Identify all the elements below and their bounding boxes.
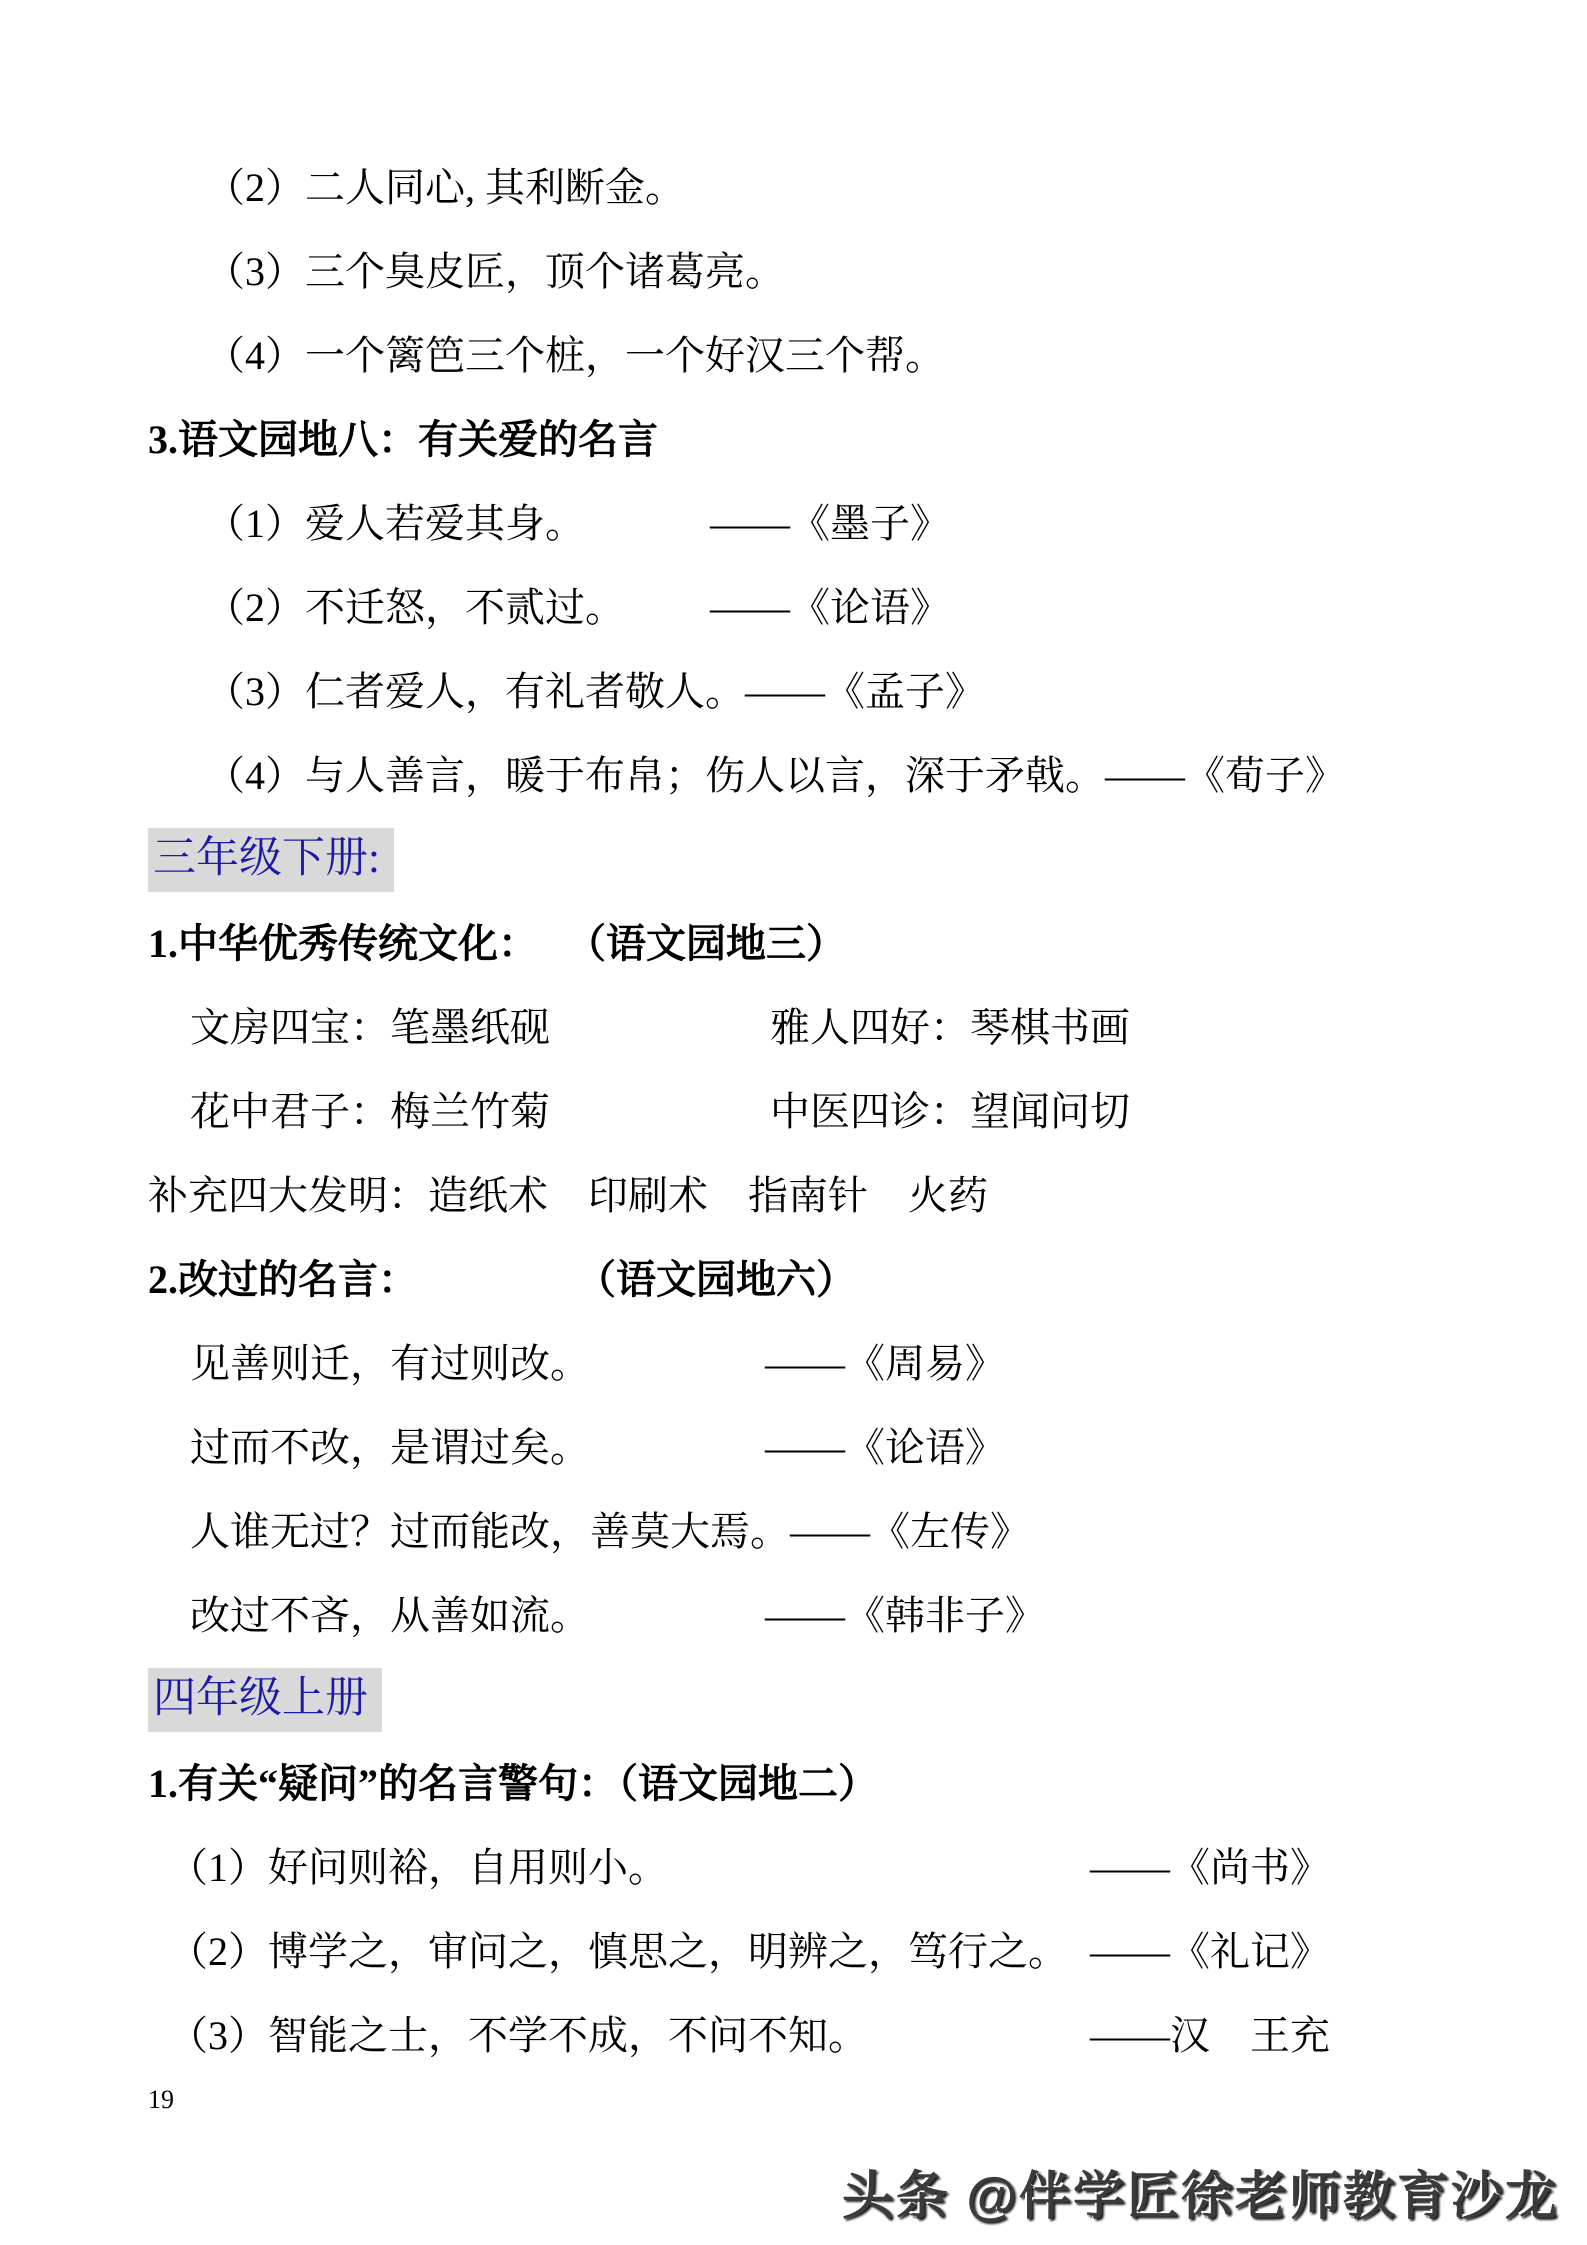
section-heading-ask: 1.有关“疑问”的名言警句：（语文园地二） [0, 1742, 1587, 1826]
pair-line: 文房四宝：笔墨纸砚 雅人四好：琴棋书画 [0, 986, 1587, 1070]
document-page: （2）二人同心, 其利断金。 （3）三个臭皮匠，顶个诸葛亮。 （4）一个篱笆三个… [0, 0, 1587, 2245]
quote-line: （4）与人善言，暖于布帛；伤人以言，深于矛戟。 ——《荀子》 [0, 734, 1587, 818]
quote-source: ——《周易》 [765, 1340, 1005, 1388]
quote-line: （3）仁者爱人，有礼者敬人。 ——《孟子》 [0, 650, 1587, 734]
quote-line: （2）不迁怒，不贰过。 ——《论语》 [0, 566, 1587, 650]
quote-text: 见善则迁，有过则改。 [190, 1340, 765, 1388]
page-number-line: 19 [0, 2078, 1587, 2122]
quote-source: ——《韩非子》 [765, 1592, 1045, 1640]
quote-line: （3）智能之士，不学不成，不问不知。 ——汉 王充 [0, 1994, 1587, 2078]
quote-source: ——《墨子》 [710, 500, 950, 548]
pair-left: 文房四宝：笔墨纸砚 [190, 1004, 770, 1052]
section-heading-note: （语文园地三） [566, 920, 846, 968]
quote-line: （1）好问则裕，自用则小。 ——《尚书》 [0, 1826, 1587, 1910]
quote-text: （2）博学之，审问之，慎思之，明辨之，笃行之。 [168, 1928, 1090, 1976]
section-heading-text: 3.语文园地八：有关爱的名言 [148, 416, 658, 464]
quote-text: （1）好问则裕，自用则小。 [168, 1844, 1090, 1892]
grade4-heading: 四年级上册 [148, 1668, 382, 1732]
quote-source: ——《论语》 [710, 584, 950, 632]
section-heading-tradition: 1.中华优秀传统文化： （语文园地三） [0, 902, 1587, 986]
quote-source: ——《论语》 [765, 1424, 1005, 1472]
section-heading-text: 1.有关“疑问”的名言警句：（语文园地二） [148, 1760, 878, 1808]
quote-line: （3）三个臭皮匠，顶个诸葛亮。 [0, 230, 1587, 314]
section-heading-love: 3.语文园地八：有关爱的名言 [0, 398, 1587, 482]
pair-right: 雅人四好：琴棋书画 [770, 1004, 1130, 1052]
quote-text: （3）智能之士，不学不成，不问不知。 [168, 2012, 1090, 2060]
quote-line: 改过不吝，从善如流。 ——《韩非子》 [0, 1574, 1587, 1658]
quote-source: ——《孟子》 [745, 668, 985, 716]
quote-text: （1）爱人若爱其身。 [205, 500, 710, 548]
page-number: 19 [148, 2085, 174, 2115]
section-heading-text: 2.改过的名言： [148, 1256, 418, 1304]
pair-line: 花中君子：梅兰竹菊 中医四诊：望闻问切 [0, 1070, 1587, 1154]
quote-text: 改过不吝，从善如流。 [190, 1592, 765, 1640]
extra-line: 补充四大发明：造纸术 印刷术 指南针 火药 [0, 1154, 1587, 1238]
quote-text: 人谁无过？过而能改，善莫大焉。 [190, 1508, 790, 1556]
quote-text: （2）不迁怒，不贰过。 [205, 584, 710, 632]
watermark-text: 头条 @伴学匠徐老师教育沙龙 [842, 2154, 1559, 2229]
pair-right: 中医四诊：望闻问切 [770, 1088, 1130, 1136]
section-heading-note: （语文园地六） [576, 1256, 856, 1304]
quote-source: ——汉 王充 [1090, 2012, 1330, 2060]
grade4-heading-line: 四年级上册 [0, 1658, 1587, 1742]
section-heading-reform: 2.改过的名言： （语文园地六） [0, 1238, 1587, 1322]
quote-source: ——《礼记》 [1090, 1928, 1330, 1976]
quote-line: 见善则迁，有过则改。 ——《周易》 [0, 1322, 1587, 1406]
quote-line: 过而不改，是谓过矣。 ——《论语》 [0, 1406, 1587, 1490]
quote-text: 过而不改，是谓过矣。 [190, 1424, 765, 1472]
section-heading-text: 1.中华优秀传统文化： [148, 920, 538, 968]
quote-line: （1）爱人若爱其身。 ——《墨子》 [0, 482, 1587, 566]
quote-source: ——《尚书》 [1090, 1844, 1330, 1892]
quote-text: （3）三个臭皮匠，顶个诸葛亮。 [205, 248, 785, 296]
grade3-heading-line: 三年级下册: [0, 818, 1587, 902]
quote-line: （2）博学之，审问之，慎思之，明辨之，笃行之。 ——《礼记》 [0, 1910, 1587, 1994]
quote-text: （4）与人善言，暖于布帛；伤人以言，深于矛戟。 [205, 752, 1105, 800]
document-content: （2）二人同心, 其利断金。 （3）三个臭皮匠，顶个诸葛亮。 （4）一个篱笆三个… [0, 0, 1587, 2122]
extra-text: 补充四大发明：造纸术 印刷术 指南针 火药 [148, 1172, 988, 1220]
quote-source: ——《左传》 [790, 1508, 1030, 1556]
grade3-heading: 三年级下册: [148, 828, 394, 892]
quote-source: ——《荀子》 [1105, 752, 1345, 800]
quote-text: （4）一个篱笆三个桩，一个好汉三个帮。 [205, 332, 945, 380]
quote-line: 人谁无过？过而能改，善莫大焉。 ——《左传》 [0, 1490, 1587, 1574]
quote-line: （2）二人同心, 其利断金。 [0, 146, 1587, 230]
quote-text: （3）仁者爱人，有礼者敬人。 [205, 668, 745, 716]
quote-line: （4）一个篱笆三个桩，一个好汉三个帮。 [0, 314, 1587, 398]
quote-text: （2）二人同心, 其利断金。 [205, 164, 685, 212]
pair-left: 花中君子：梅兰竹菊 [190, 1088, 770, 1136]
